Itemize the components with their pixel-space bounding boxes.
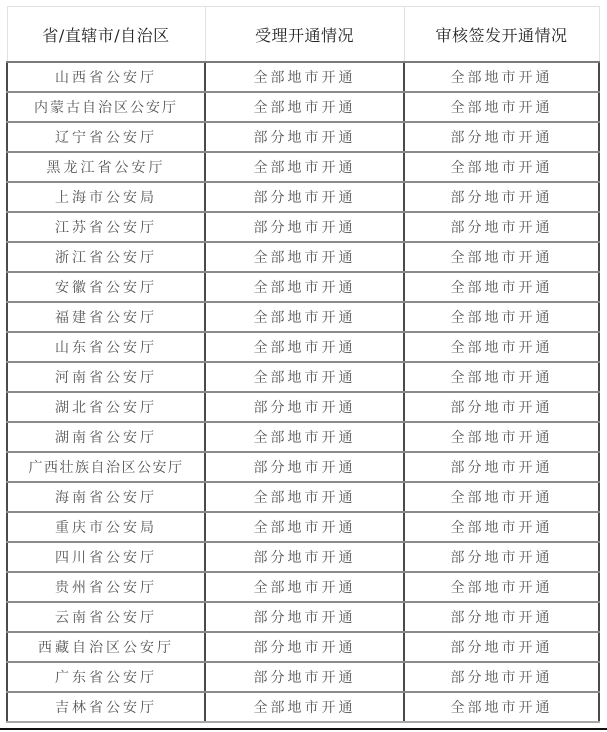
table-row: 西藏自治区公安厅部分地市开通部分地市开通: [7, 632, 599, 662]
table-row: 湖南省公安厅全部地市开通全部地市开通: [7, 422, 599, 452]
table-row: 江苏省公安厅部分地市开通部分地市开通: [7, 212, 599, 242]
cell-region: 重庆市公安局: [7, 512, 205, 542]
cell-acceptance: 全部地市开通: [205, 302, 404, 332]
cell-acceptance: 全部地市开通: [205, 512, 404, 542]
cell-acceptance: 全部地市开通: [205, 332, 404, 362]
cell-approval: 部分地市开通: [404, 212, 599, 242]
cell-region: 湖北省公安厅: [7, 392, 205, 422]
cell-acceptance: 全部地市开通: [205, 422, 404, 452]
cell-approval: 全部地市开通: [404, 482, 599, 512]
cell-acceptance: 全部地市开通: [205, 242, 404, 272]
cell-acceptance: 全部地市开通: [205, 572, 404, 602]
cell-region: 黑龙江省公安厅: [7, 152, 205, 182]
cell-region: 江苏省公安厅: [7, 212, 205, 242]
cell-approval: 部分地市开通: [404, 602, 599, 632]
table-row: 山东省公安厅全部地市开通全部地市开通: [7, 332, 599, 362]
table-body: 山西省公安厅全部地市开通全部地市开通 内蒙古自治区公安厅全部地市开通全部地市开通…: [7, 62, 599, 722]
cell-region: 上海市公安局: [7, 182, 205, 212]
table-row: 安徽省公安厅全部地市开通全部地市开通: [7, 272, 599, 302]
table-row: 贵州省公安厅全部地市开通全部地市开通: [7, 572, 599, 602]
cell-region: 浙江省公安厅: [7, 242, 205, 272]
cell-acceptance: 部分地市开通: [205, 182, 404, 212]
cell-region: 广东省公安厅: [7, 662, 205, 692]
cell-region: 辽宁省公安厅: [7, 122, 205, 152]
cell-approval: 部分地市开通: [404, 182, 599, 212]
table-header: 省/直辖市/自治区 受理开通情况 审核签发开通情况: [7, 7, 599, 63]
cell-approval: 全部地市开通: [404, 272, 599, 302]
cell-acceptance: 全部地市开通: [205, 362, 404, 392]
cell-approval: 全部地市开通: [404, 242, 599, 272]
table-row: 重庆市公安局全部地市开通全部地市开通: [7, 512, 599, 542]
cell-acceptance: 全部地市开通: [205, 272, 404, 302]
service-status-table-container: 省/直辖市/自治区 受理开通情况 审核签发开通情况 山西省公安厅全部地市开通全部…: [6, 6, 598, 723]
cell-approval: 部分地市开通: [404, 122, 599, 152]
table-row: 辽宁省公安厅部分地市开通部分地市开通: [7, 122, 599, 152]
cell-approval: 全部地市开通: [404, 362, 599, 392]
cell-acceptance: 部分地市开通: [205, 452, 404, 482]
bottom-rule-divider: [0, 728, 607, 730]
cell-acceptance: 部分地市开通: [205, 632, 404, 662]
table-row: 上海市公安局部分地市开通部分地市开通: [7, 182, 599, 212]
cell-acceptance: 全部地市开通: [205, 92, 404, 122]
cell-acceptance: 全部地市开通: [205, 62, 404, 92]
cell-region: 四川省公安厅: [7, 542, 205, 572]
cell-region: 福建省公安厅: [7, 302, 205, 332]
cell-region: 广西壮族自治区公安厅: [7, 452, 205, 482]
header-approval-status: 审核签发开通情况: [404, 7, 599, 63]
table-row: 吉林省公安厅全部地市开通全部地市开通: [7, 692, 599, 722]
cell-approval: 全部地市开通: [404, 152, 599, 182]
table-row: 四川省公安厅部分地市开通部分地市开通: [7, 542, 599, 572]
cell-acceptance: 全部地市开通: [205, 152, 404, 182]
cell-approval: 全部地市开通: [404, 302, 599, 332]
table-row: 浙江省公安厅全部地市开通全部地市开通: [7, 242, 599, 272]
cell-acceptance: 部分地市开通: [205, 212, 404, 242]
table-row: 黑龙江省公安厅全部地市开通全部地市开通: [7, 152, 599, 182]
cell-approval: 部分地市开通: [404, 632, 599, 662]
header-region: 省/直辖市/自治区: [7, 7, 205, 63]
cell-approval: 全部地市开通: [404, 92, 599, 122]
cell-approval: 全部地市开通: [404, 422, 599, 452]
cell-acceptance: 部分地市开通: [205, 662, 404, 692]
cell-approval: 部分地市开通: [404, 662, 599, 692]
cell-acceptance: 全部地市开通: [205, 692, 404, 722]
cell-region: 云南省公安厅: [7, 602, 205, 632]
cell-region: 内蒙古自治区公安厅: [7, 92, 205, 122]
cell-acceptance: 部分地市开通: [205, 602, 404, 632]
cell-region: 贵州省公安厅: [7, 572, 205, 602]
cell-region: 湖南省公安厅: [7, 422, 205, 452]
cell-acceptance: 部分地市开通: [205, 542, 404, 572]
table-row: 海南省公安厅全部地市开通全部地市开通: [7, 482, 599, 512]
cell-acceptance: 部分地市开通: [205, 122, 404, 152]
service-status-table: 省/直辖市/自治区 受理开通情况 审核签发开通情况 山西省公安厅全部地市开通全部…: [6, 6, 600, 723]
cell-region: 西藏自治区公安厅: [7, 632, 205, 662]
cell-approval: 全部地市开通: [404, 512, 599, 542]
table-row: 湖北省公安厅部分地市开通部分地市开通: [7, 392, 599, 422]
table-row: 内蒙古自治区公安厅全部地市开通全部地市开通: [7, 92, 599, 122]
cell-region: 河南省公安厅: [7, 362, 205, 392]
table-row: 云南省公安厅部分地市开通部分地市开通: [7, 602, 599, 632]
cell-region: 吉林省公安厅: [7, 692, 205, 722]
table-row: 河南省公安厅全部地市开通全部地市开通: [7, 362, 599, 392]
table-row: 福建省公安厅全部地市开通全部地市开通: [7, 302, 599, 332]
cell-approval: 全部地市开通: [404, 692, 599, 722]
cell-region: 海南省公安厅: [7, 482, 205, 512]
cell-approval: 全部地市开通: [404, 332, 599, 362]
cell-acceptance: 全部地市开通: [205, 482, 404, 512]
cell-approval: 部分地市开通: [404, 542, 599, 572]
cell-approval: 全部地市开通: [404, 62, 599, 92]
cell-approval: 部分地市开通: [404, 392, 599, 422]
cell-region: 山东省公安厅: [7, 332, 205, 362]
cell-region: 安徽省公安厅: [7, 272, 205, 302]
cell-region: 山西省公安厅: [7, 62, 205, 92]
table-row: 广西壮族自治区公安厅部分地市开通部分地市开通: [7, 452, 599, 482]
header-acceptance-status: 受理开通情况: [205, 7, 404, 63]
table-row: 广东省公安厅部分地市开通部分地市开通: [7, 662, 599, 692]
cell-approval: 部分地市开通: [404, 452, 599, 482]
cell-approval: 全部地市开通: [404, 572, 599, 602]
cell-acceptance: 部分地市开通: [205, 392, 404, 422]
header-row: 省/直辖市/自治区 受理开通情况 审核签发开通情况: [7, 7, 599, 63]
table-row: 山西省公安厅全部地市开通全部地市开通: [7, 62, 599, 92]
